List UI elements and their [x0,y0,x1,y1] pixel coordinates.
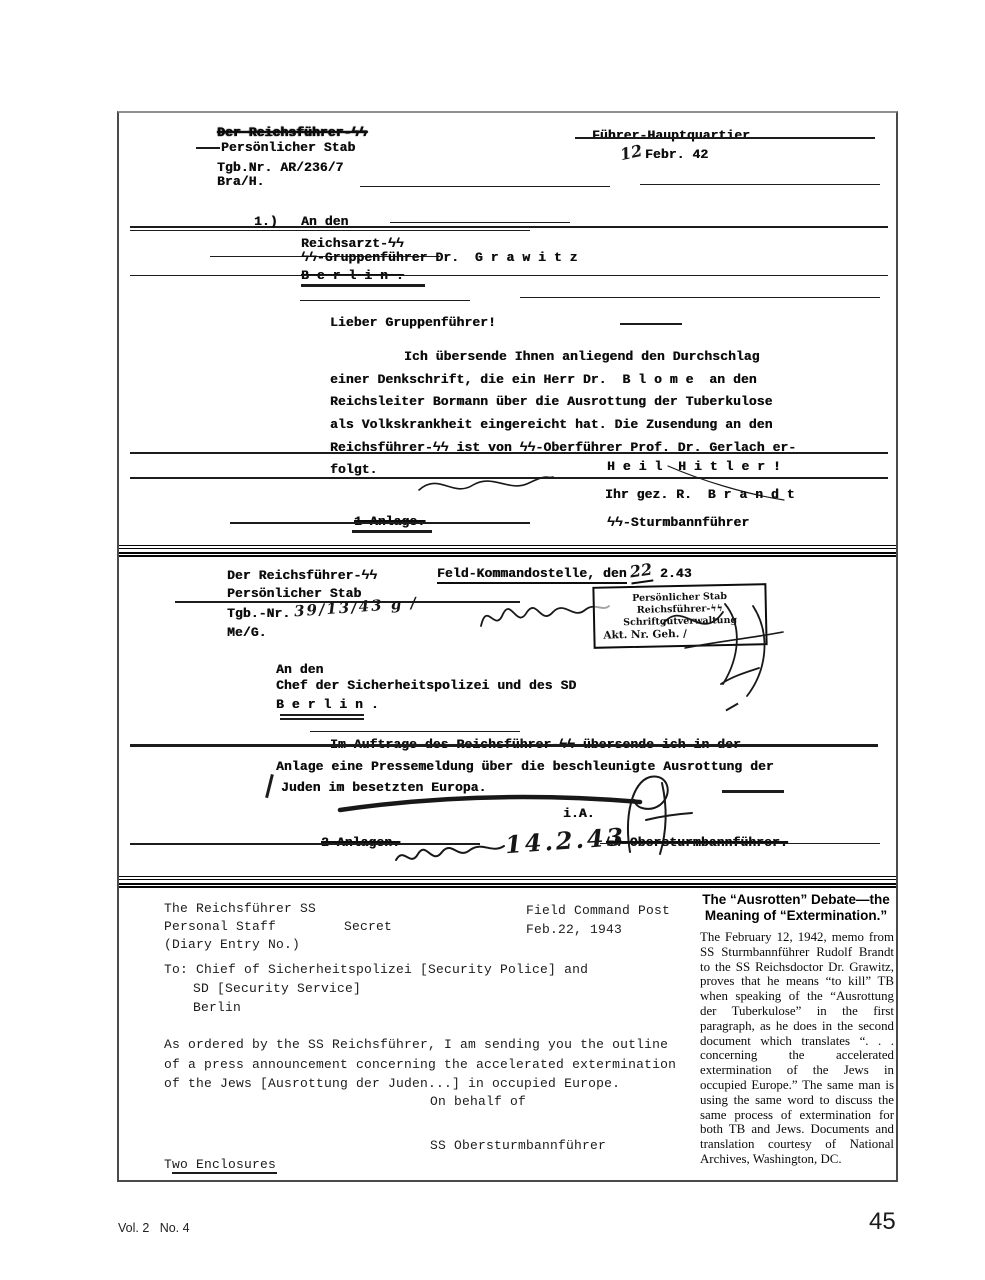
scan-artifact-line [352,530,432,533]
scan-artifact-line [360,186,610,187]
doc1-ref2: Bra/H. [217,174,264,189]
scan-artifact-line [280,718,364,720]
translation-to-line2: SD [Security Service] [193,981,361,996]
translation-rank: SS Obersturmbannführer [430,1138,606,1153]
handwritten-scrawl [390,828,510,873]
scan-artifact-line [300,300,470,301]
sidebar-title-line2: Meaning of “Extermination.” [697,908,895,924]
translation-header-left1: The Reichsführer SS [164,901,316,916]
doc1-place: Führer-Hauptquartier [592,128,750,143]
translation-body-line1: As ordered by the SS Reichsführer, I am … [164,1037,668,1052]
section-divider-rule [119,883,896,888]
doc2-sender-line1: Der Reichsführer-ϟϟ [227,568,377,583]
doc1-body-line3: Reichsleiter Bormann über die Ausrottung… [330,394,772,409]
doc1-address-line2: Reichsarzt-ϟϟ [301,236,404,251]
translation-body-line3: of the Jews [Ausrottung der Juden...] in… [164,1076,620,1091]
translation-diary-entry: (Diary Entry No.) [164,937,300,952]
doc1-signature: Ihr gez. R. B r a n d t [605,487,795,502]
scan-artifact-line [230,522,530,524]
section-divider-rule [119,552,896,557]
doc2-date-typed: 2.43 [660,566,692,581]
doc1-sender-line1: Der Reichsführer-ϟϟ [217,125,367,140]
doc2-ia-label: i.A. [563,806,595,821]
scan-artifact-line [390,222,570,223]
scan-artifact-line [600,843,880,844]
translation-body-line2: of a press announcement concerning the a… [164,1057,676,1072]
translation-header-right1: Field Command Post [526,903,670,918]
doc1-salutation: Lieber Gruppenführer! [330,315,496,330]
scan-artifact-line [620,323,682,325]
doc1-address-line1: An den [301,214,348,229]
doc1-body-line4: als Volkskrankheit eingereicht hat. Die … [330,417,772,432]
handwritten-underline-curve [335,795,645,815]
footer-issue-label: Vol. 2 No. 4 [118,1221,190,1235]
scan-artifact-line [301,284,425,287]
translation-header-left2: Personal Staff [164,919,276,934]
doc1-ref1: Tgb.Nr. AR/236/7 [217,160,343,175]
section-divider-rule [119,876,896,880]
handwritten-signature [475,592,610,640]
scan-artifact-line [130,226,888,228]
translation-date: Feb.22, 1943 [526,922,622,937]
doc2-place-date: Feld-Kommandostelle, den [437,566,627,584]
doc1-body-line6: folgt. [330,462,377,477]
doc2-handwritten-day: 22 [629,560,654,585]
scan-artifact-line [310,731,520,732]
scan-artifact-line [196,147,220,149]
doc1-body-line1: Ich übersende Ihnen anliegend den Durchs… [404,349,760,364]
handwritten-squiggle [413,468,558,503]
section-divider-rule [119,545,896,549]
translation-enclosures: Two Enclosures [164,1157,276,1172]
scan-artifact-line [722,790,784,793]
scan-artifact-line [130,230,530,231]
doc1-item-number: 1.) [254,214,278,229]
underline-mark [172,1172,277,1174]
doc2-address-line1: An den [276,662,323,677]
doc1-address-line3: ϟϟ-Gruppenführer Dr. G r a w i t z [301,250,578,265]
doc2-body-line3: Juden im besetzten Europa. [281,780,486,795]
doc2-address-line3: B e r l i n . [276,697,379,712]
doc1-date-typed: Febr. 42 [645,147,708,162]
doc2-ref-label: Tgb.-Nr. [227,606,290,621]
scan-strike-line [130,744,878,747]
page-number: 45 [869,1208,896,1236]
doc2-address-line2: Chef der Sicherheitspolizei und des SD [276,678,576,693]
translation-secret-label: Secret [344,919,392,934]
sidebar-body-text: The February 12, 1942, memo from SS Stur… [700,930,894,1167]
scan-artifact-line [575,137,875,139]
translation-to-line1: To: Chief of Sicherheitspolizei [Securit… [164,962,588,977]
translation-to-line3: Berlin [193,1000,241,1015]
handwritten-stamp-annotation [655,596,805,701]
scan-artifact-line [640,184,880,185]
doc1-sender-line2: Persönlicher Stab [221,140,355,155]
scan-artifact-line [130,452,888,454]
doc1-rank: ϟϟ-Sturmbannführer [607,515,749,530]
sidebar-title-line1: The “Ausrotten” Debate—the [697,892,895,908]
sidebar-title: The “Ausrotten” Debate—the Meaning of “E… [697,892,895,924]
scan-artifact-line [130,275,888,276]
doc2-ref2: Me/G. [227,625,267,640]
scan-artifact-line [280,714,364,716]
doc1-body-line2: einer Denkschrift, die ein Herr Dr. B l … [330,372,757,387]
scan-artifact-line [520,297,880,298]
translation-on-behalf: On behalf of [430,1094,526,1109]
